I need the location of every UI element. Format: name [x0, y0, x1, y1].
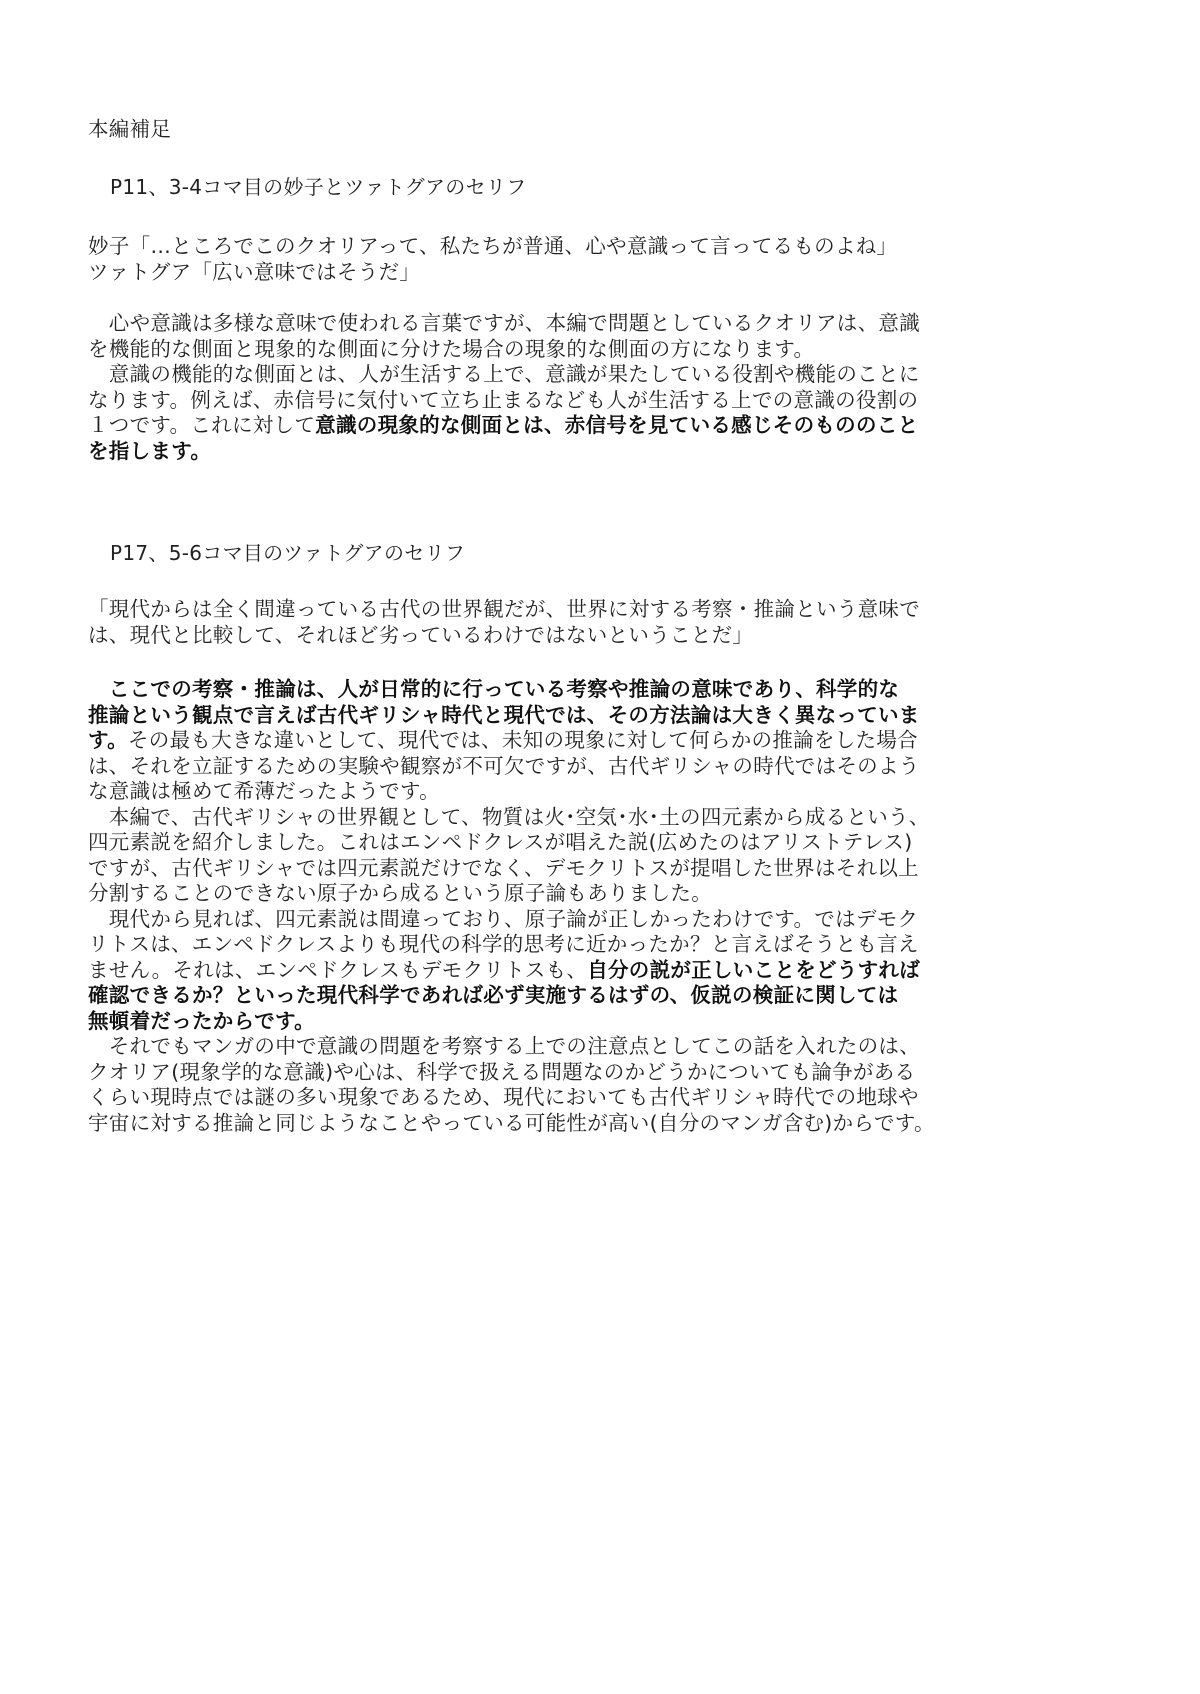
- bold-text: す。: [88, 728, 128, 752]
- document-title: 本編補足: [88, 116, 171, 142]
- body-text: リトスは、エンペドクレスよりも現代の科学的思考に近かったか？と言えばそうとも言え: [88, 932, 919, 956]
- body-text: を機能的な側面と現象的な側面に分けた場合の現象的な側面の方になります。: [88, 337, 814, 361]
- body-text: 分割することのできない原子から成るという原子論もありました。: [88, 881, 712, 905]
- bold-text: 自分の説が正しいことをどうすれば: [587, 958, 920, 982]
- body-text: な意識は極めて希薄だったようです。: [88, 779, 440, 803]
- body-text: は、それを立証するための実験や観察が不可欠ですが、古代ギリシャの時代ではそのよう: [88, 754, 920, 778]
- quote-line: 「現代からは全く間違っている古代の世界観だが、世界に対する考察・推論という意味で: [88, 596, 920, 622]
- body-text: くらい現時点では謎の多い現象であるため、現代においても古代ギリシャ時代での地球や: [88, 1085, 919, 1109]
- paragraph-line: は、それを立証するための実験や観察が不可欠ですが、古代ギリシャの時代ではそのよう: [88, 753, 920, 779]
- paragraph-line: リトスは、エンペドクレスよりも現代の科学的思考に近かったか？と言えばそうとも言え: [88, 931, 919, 957]
- bold-text: 意識の現象的な側面とは、赤信号を見ている感じそのもののこと: [315, 413, 918, 437]
- paragraph-line: す。その最も大きな違いとして、現代では、未知の現象に対して何らかの推論をした場合: [88, 727, 918, 753]
- quote-line: ツァトグア「広い意味ではそうだ」: [88, 259, 420, 285]
- paragraph-line: 分割することのできない原子から成るという原子論もありました。: [88, 880, 712, 906]
- paragraph-line: 心や意識は多様な意味で使われる言葉ですが、本編で問題としているクオリアは、意識: [88, 310, 920, 336]
- body-text: その最も大きな違いとして、現代では、未知の現象に対して何らかの推論をした場合: [128, 728, 918, 752]
- paragraph-line: 本編で、古代ギリシャの世界観として、物質は火･空気･水･土の四元素から成るという…: [88, 804, 930, 830]
- bold-text: 推論という観点で言えば古代ギリシャ時代と現代では、その方法論は大きく異なっていま: [88, 703, 920, 727]
- paragraph-line: 現代から見れば、四元素説は間違っており、原子論が正しかったわけです。ではデモク: [88, 906, 918, 932]
- paragraph-line: ません。それは、エンペドクレスもデモクリトスも、自分の説が正しいことをどうすれば: [88, 957, 920, 983]
- body-text: クオリア(現象学的な意識)や心は、科学で扱える問題なのかどうかについても論争があ…: [88, 1060, 915, 1084]
- bold-text: を指します。: [88, 439, 211, 463]
- body-text: ません。それは、エンペドクレスもデモクリトスも、: [88, 958, 587, 982]
- body-text: それでもマンガの中で意識の問題を考察する上での注意点としてこの話を入れたのは、: [88, 1034, 920, 1058]
- bold-text: ここでの考察・推論は、人が日常的に行っている考察や推論の意味であり、科学的な: [88, 677, 899, 701]
- quote-line: 妙子「…ところでこのクオリアって、私たちが普通、心や意識って言ってるものよね」: [88, 233, 897, 259]
- body-text: 本編で、古代ギリシャの世界観として、物質は火･空気･水･土の四元素から成るという…: [88, 805, 930, 829]
- paragraph-line: ここでの考察・推論は、人が日常的に行っている考察や推論の意味であり、科学的な: [88, 676, 899, 702]
- body-text: なります。例えば、赤信号に気付いて立ち止まるなども人が生活する上での意識の役割の: [88, 388, 918, 412]
- section-heading-p11: P11、3-4コマ目の妙子とツァトグアのセリフ: [110, 174, 526, 200]
- paragraph-line: ですが、古代ギリシャでは四元素説だけでなく、デモクリトスが提唱した世界はそれ以上: [88, 855, 919, 881]
- paragraph-line: を機能的な側面と現象的な側面に分けた場合の現象的な側面の方になります。: [88, 336, 814, 362]
- paragraph-line: １つです。これに対して意識の現象的な側面とは、赤信号を見ている感じそのもののこと: [88, 412, 918, 438]
- body-text: 現代から見れば、四元素説は間違っており、原子論が正しかったわけです。ではデモク: [88, 907, 918, 931]
- paragraph-line: 無頓着だったからです。: [88, 1008, 315, 1034]
- section-heading-p17: P17、5-6コマ目のツァトグアのセリフ: [110, 540, 465, 566]
- paragraph-line: クオリア(現象学的な意識)や心は、科学で扱える問題なのかどうかについても論争があ…: [88, 1059, 915, 1085]
- paragraph-line: を指します。: [88, 438, 211, 464]
- paragraph-line: 推論という観点で言えば古代ギリシャ時代と現代では、その方法論は大きく異なっていま: [88, 702, 920, 728]
- body-text: １つです。これに対して: [88, 413, 315, 437]
- body-text: ですが、古代ギリシャでは四元素説だけでなく、デモクリトスが提唱した世界はそれ以上: [88, 856, 919, 880]
- paragraph-line: 意識の機能的な側面とは、人が生活する上で、意識が果たしている役割や機能のことに: [88, 361, 920, 387]
- paragraph-line: 四元素説を紹介しました。これはエンペドクレスが唱えた説(広めたのはアリストテレス…: [88, 829, 913, 855]
- quote-line: は、現代と比較して、それほど劣っているわけではないということだ」: [88, 622, 753, 648]
- body-text: 宇宙に対する推論と同じようなことやっている可能性が高い(自分のマンガ含む)からで…: [88, 1111, 935, 1135]
- body-text: 心や意識は多様な意味で使われる言葉ですが、本編で問題としているクオリアは、意識: [88, 311, 920, 335]
- bold-text: 無頓着だったからです。: [88, 1009, 315, 1033]
- bold-text: 確認できるか？といった現代科学であれば必ず実施するはずの、仮説の検証に関しては: [88, 983, 898, 1007]
- paragraph-line: 確認できるか？といった現代科学であれば必ず実施するはずの、仮説の検証に関しては: [88, 982, 898, 1008]
- paragraph-line: なります。例えば、赤信号に気付いて立ち止まるなども人が生活する上での意識の役割の: [88, 387, 918, 413]
- body-text: 意識の機能的な側面とは、人が生活する上で、意識が果たしている役割や機能のことに: [88, 362, 920, 386]
- paragraph-line: それでもマンガの中で意識の問題を考察する上での注意点としてこの話を入れたのは、: [88, 1033, 920, 1059]
- paragraph-line: 宇宙に対する推論と同じようなことやっている可能性が高い(自分のマンガ含む)からで…: [88, 1110, 935, 1136]
- body-text: 四元素説を紹介しました。これはエンペドクレスが唱えた説(広めたのはアリストテレス…: [88, 830, 913, 854]
- paragraph-line: な意識は極めて希薄だったようです。: [88, 778, 440, 804]
- paragraph-line: くらい現時点では謎の多い現象であるため、現代においても古代ギリシャ時代での地球や: [88, 1084, 919, 1110]
